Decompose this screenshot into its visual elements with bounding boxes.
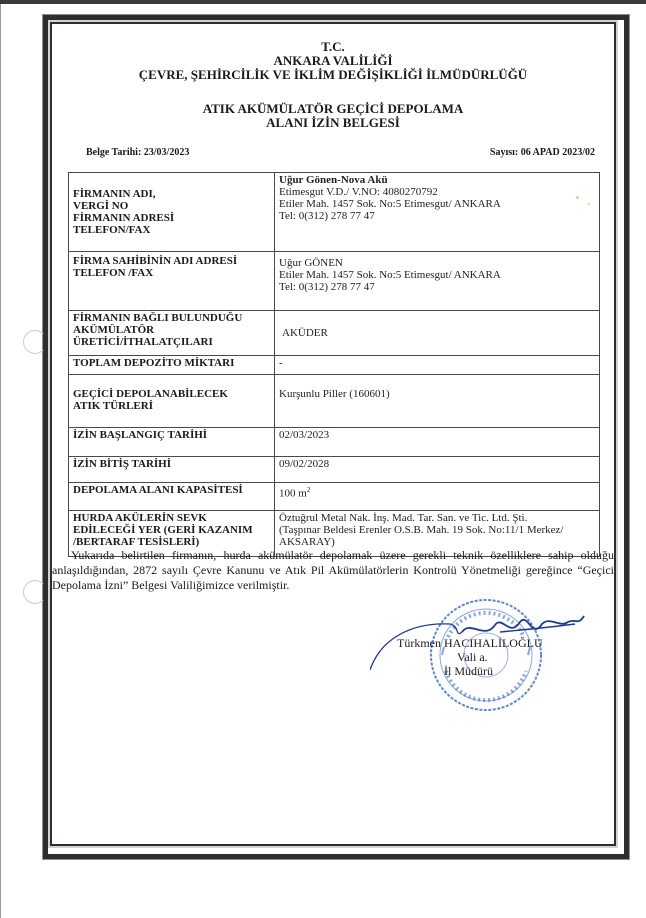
document-title-line2: ALANI İZİN BELGESİ [50, 116, 616, 130]
row-value: 100 m2 [275, 483, 600, 511]
page-edge [0, 4, 1, 918]
row-value: Uğur GÖNEN Etiler Mah. 1457 Sok. No:5 Et… [275, 252, 600, 311]
table-row: FİRMANIN BAĞLI BULUNDUĞU AKÜMÜLATÖR ÜRET… [69, 311, 600, 356]
row-label: FİRMANIN ADI, VERGİ NO FİRMANIN ADRESİ T… [69, 173, 275, 252]
permit-details-table: FİRMANIN ADI, VERGİ NO FİRMANIN ADRESİ T… [68, 172, 600, 557]
document-date: Belge Tarihi: 23/03/2023 [86, 147, 189, 158]
row-value: AKÜDER [275, 311, 600, 356]
row-value: - [275, 356, 600, 375]
table-row: TOPLAM DEPOZİTO MİKTARI - [69, 356, 600, 375]
table-row: İZİN BİTİŞ TARİHİ 09/02/2028 [69, 457, 600, 483]
signatory-title-1: Vali a. [457, 650, 488, 664]
permit-statement: Yukarıda belirtilen firmanın, hurda aküm… [52, 548, 614, 593]
header-directorate: ÇEVRE, ŞEHİRCİLİK VE İKLİM DEĞİŞİKLİĞİ İ… [50, 68, 616, 82]
viewer-top-bar [0, 0, 646, 4]
document-title-line1: ATIK AKÜMÜLATÖR GEÇİCİ DEPOLAMA [50, 102, 616, 116]
row-label: FİRMANIN BAĞLI BULUNDUĞU AKÜMÜLATÖR ÜRET… [69, 311, 275, 356]
signatory-title-2: İl Müdürü [444, 664, 493, 678]
punch-hole-mark [23, 330, 47, 354]
row-value: 09/02/2028 [275, 457, 600, 483]
row-value: Kurşunlu Piller (160601) [275, 375, 600, 428]
header-governorship: ANKARA VALİLİĞİ [50, 54, 616, 68]
row-value: Uğur Gönen-Nova Akü Etimesgut V.D./ V.NO… [275, 173, 600, 252]
table-row: FİRMANIN ADI, VERGİ NO FİRMANIN ADRESİ T… [69, 173, 600, 252]
table-row: GEÇİCİ DEPOLANABİLECEK ATIK TÜRLERİ Kurş… [69, 375, 600, 428]
row-label: TOPLAM DEPOZİTO MİKTARI [69, 356, 275, 375]
document-number: Sayısı: 06 APAD 2023/02 [490, 147, 595, 158]
table-row: İZİN BAŞLANGIÇ TARİHİ 02/03/2023 [69, 428, 600, 457]
punch-hole-mark [23, 580, 47, 604]
table-row: DEPOLAMA ALANI KAPASİTESİ 100 m2 [69, 483, 600, 511]
row-label: DEPOLAMA ALANI KAPASİTESİ [69, 483, 275, 511]
row-label: İZİN BİTİŞ TARİHİ [69, 457, 275, 483]
row-label: FİRMA SAHİBİNİN ADI ADRESİ TELEFON /FAX [69, 252, 275, 311]
header-tc: T.C. [50, 40, 616, 54]
row-label: İZİN BAŞLANGIÇ TARİHİ [69, 428, 275, 457]
table-row: FİRMA SAHİBİNİN ADI ADRESİ TELEFON /FAX … [69, 252, 600, 311]
row-label: GEÇİCİ DEPOLANABİLECEK ATIK TÜRLERİ [69, 375, 275, 428]
signatory-name: Türkmen HACIHALİLOĞLU [397, 636, 543, 650]
row-value: 02/03/2023 [275, 428, 600, 457]
